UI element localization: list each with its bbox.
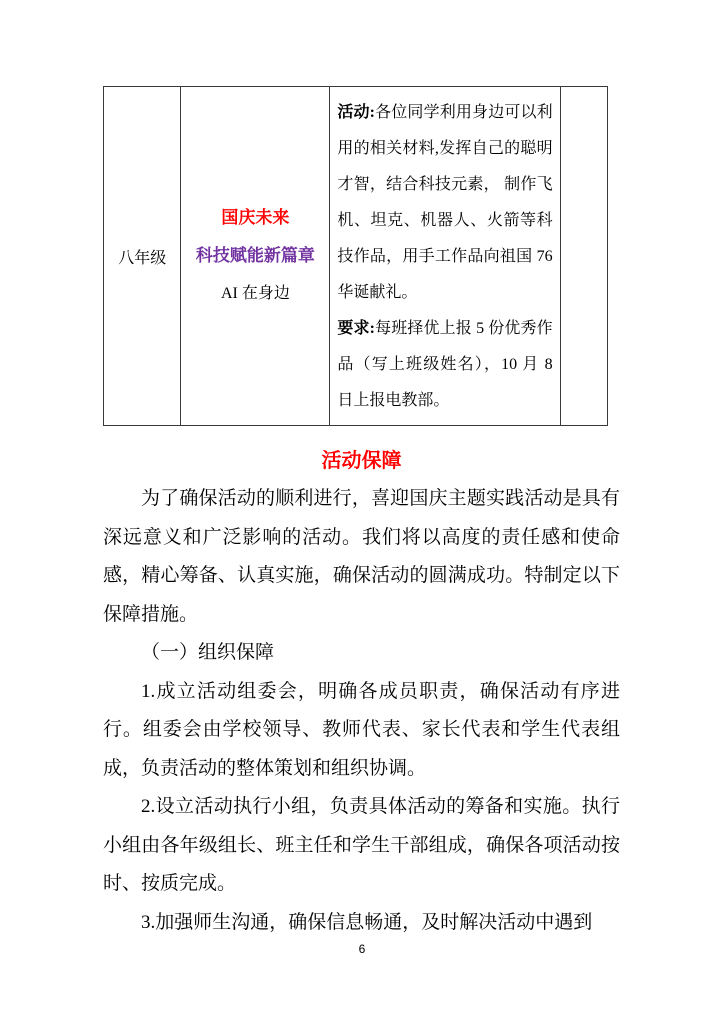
paragraph-item-1: 1.成立活动组委会，明确各成员职责，确保活动有序进行。组委会由学校领导、教师代表… (103, 673, 620, 789)
requirement-paragraph: 要求:每班择优上报 5 份优秀作品（写上班级姓名），10 月 8 日上报电教部。 (337, 311, 552, 419)
page-content: 八年级 国庆未来 科技赋能新篇章 AI 在身边 活动:各位同学利用身边可以利用的… (103, 86, 620, 942)
activity-table: 八年级 国庆未来 科技赋能新篇章 AI 在身边 活动:各位同学利用身边可以利用的… (103, 86, 608, 426)
description-inner: 活动:各位同学利用身边可以利用的相关材料,发挥自己的聪明才智，结合科技元素， 制… (330, 87, 559, 425)
activity-label: 活动: (337, 104, 375, 121)
document-page: 八年级 国庆未来 科技赋能新篇章 AI 在身边 活动:各位同学利用身边可以利用的… (0, 0, 724, 1024)
cell-empty (560, 87, 607, 426)
table-row-grade-8: 八年级 国庆未来 科技赋能新篇章 AI 在身边 活动:各位同学利用身边可以利用的… (104, 87, 608, 426)
paragraph-item-2: 2.设立活动执行小组，负责具体活动的筹备和实施。执行小组由各年级组长、班主任和学… (103, 788, 620, 904)
grade-label: 八年级 (118, 250, 166, 267)
theme-line-1: 国庆未来 (181, 199, 329, 237)
paragraph-intro: 为了确保活动的顺利进行，喜迎国庆主题实践活动是具有深远意义和广泛影响的活动。我们… (103, 480, 620, 634)
requirement-label: 要求: (337, 320, 375, 337)
section-title: 活动保障 (103, 442, 620, 480)
cell-description: 活动:各位同学利用身边可以利用的相关材料,发挥自己的聪明才智，结合科技元素， 制… (330, 87, 560, 426)
cell-theme: 国庆未来 科技赋能新篇章 AI 在身边 (181, 87, 330, 426)
activity-text: 各位同学利用身边可以利用的相关材料,发挥自己的聪明才智，结合科技元素， 制作飞机… (337, 104, 552, 301)
theme-line-2: 科技赋能新篇章 (181, 237, 329, 275)
cell-grade: 八年级 (104, 87, 181, 426)
paragraph-item-3: 3.加强师生沟通，确保信息畅通，及时解决活动中遇到 (103, 904, 620, 943)
paragraph-subheading-organization: （一）组织保障 (103, 634, 620, 673)
page-number: 6 (0, 942, 724, 956)
theme-line-3: AI 在身边 (181, 275, 329, 313)
activity-paragraph: 活动:各位同学利用身边可以利用的相关材料,发挥自己的聪明才智，结合科技元素， 制… (337, 95, 552, 311)
